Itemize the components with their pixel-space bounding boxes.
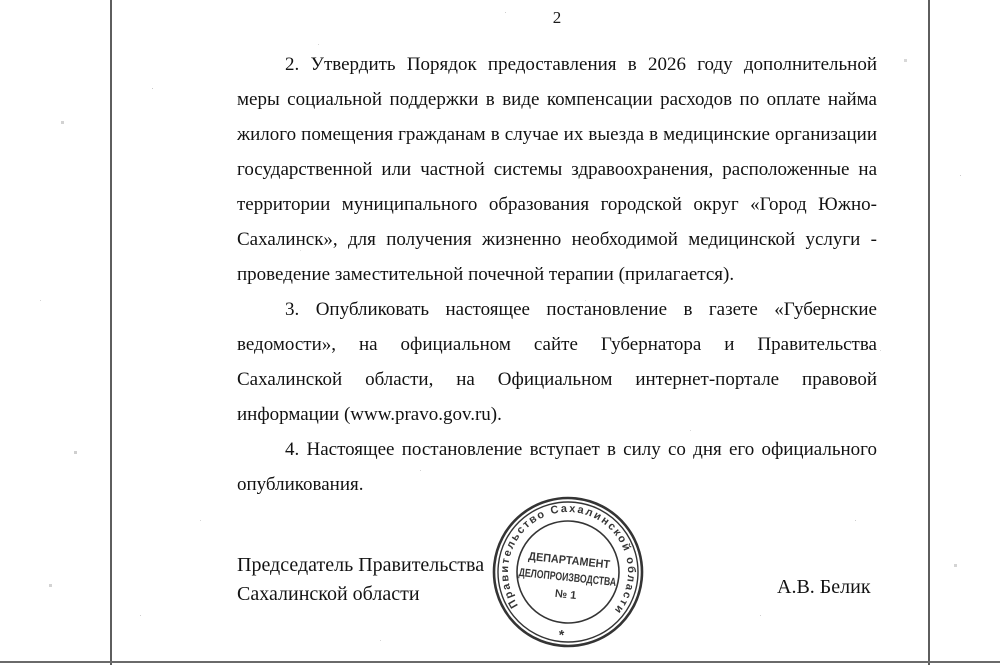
scanned-document-page: 2 2. Утвердить Порядок предоставления в … bbox=[0, 0, 1000, 665]
document-body: 2. Утвердить Порядок предоставления в 20… bbox=[237, 47, 877, 502]
stamp-graphic: Правительство Сахалинской области * ДЕПА… bbox=[483, 487, 653, 657]
official-round-stamp: Правительство Сахалинской области * ДЕПА… bbox=[483, 487, 653, 657]
page-bottom-border-line bbox=[0, 661, 1000, 663]
signature-title-line2: Сахалинской области bbox=[237, 580, 484, 609]
paragraph-item-3: 3. Опубликовать настоящее постановление … bbox=[237, 292, 877, 432]
paragraph-item-2: 2. Утвердить Порядок предоставления в 20… bbox=[237, 47, 877, 292]
scan-noise-speckles bbox=[0, 0, 1, 1]
stamp-center-line3: № 1 bbox=[554, 588, 577, 602]
page-right-border-line bbox=[928, 0, 930, 665]
signature-name: А.В. Белик bbox=[777, 576, 871, 599]
page-left-border-line bbox=[110, 0, 112, 665]
page-number: 2 bbox=[237, 8, 877, 28]
signature-title-line1: Председатель Правительства bbox=[237, 551, 484, 580]
stamp-bottom-symbol: * bbox=[558, 626, 566, 643]
signature-title-block: Председатель Правительства Сахалинской о… bbox=[237, 551, 484, 609]
